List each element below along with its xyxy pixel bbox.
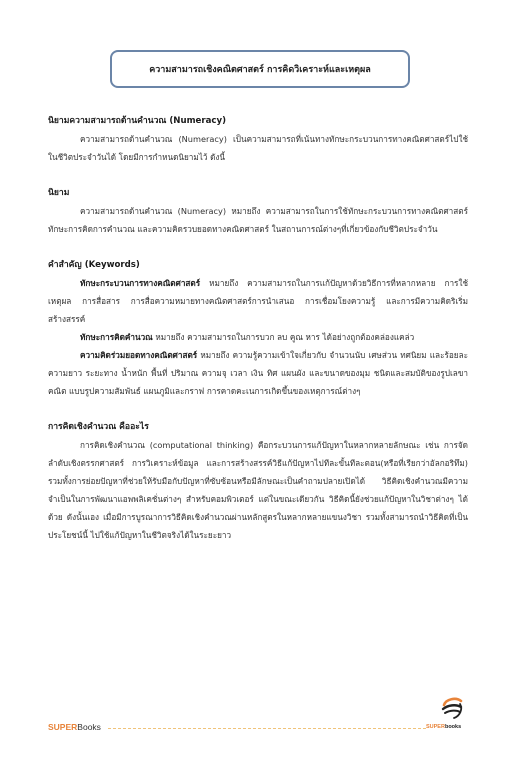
keyword-definition: หมายถึง ความสามารถในการบวก ลบ คูณ หาร ได… [153, 332, 414, 342]
logo-text: SUPERbooks [426, 724, 461, 730]
keyword-entry: ความคิดร่วมยอดทางคณิตศาสตร์ หมายถึง ความ… [48, 346, 468, 400]
superbooks-logo-icon [440, 696, 464, 720]
keyword-term: ทักษะกระบวนการทางคณิตศาสตร์ [80, 278, 200, 288]
page-title: ความสามารถเชิงคณิตศาสตร์ การคิดวิเคราะห์… [149, 62, 371, 76]
document-page: ความสามารถเชิงคณิตศาสตร์ การคิดวิเคราะห์… [0, 0, 518, 762]
keyword-entry: ทักษะการคิดคำนวณ หมายถึง ความสามารถในการ… [48, 328, 468, 346]
section-heading-keywords: คำสำคัญ (Keywords) [48, 256, 468, 274]
section-heading-definition: นิยาม [48, 184, 468, 202]
keyword-term: ทักษะการคิดคำนวณ [80, 332, 153, 342]
superbooks-logo: SUPERbooks [426, 696, 476, 740]
paragraph: ความสามารถด้านคำนวณ (Numeracy) เป็นความส… [48, 130, 468, 166]
logo-text-super: SUPER [426, 724, 445, 730]
paragraph: การคิดเชิงคำนวณ (computational thinking)… [48, 436, 468, 544]
section-heading-computational-thinking: การคิดเชิงคำนวณ คืออะไร [48, 418, 468, 436]
document-body: นิยามความสามารถด้านคำนวณ (Numeracy) ความ… [48, 112, 468, 544]
keyword-term: ความคิดร่วมยอดทางคณิตศาสตร์ [80, 350, 197, 360]
footer-brand-books: Books [77, 722, 101, 732]
title-box: ความสามารถเชิงคณิตศาสตร์ การคิดวิเคราะห์… [110, 50, 410, 88]
footer-brand: SUPERBooks [48, 722, 101, 732]
footer-brand-super: SUPER [48, 722, 77, 732]
logo-text-books: books [445, 724, 461, 730]
page-footer: SUPERBooks SUPERbooks [48, 718, 478, 748]
section-heading-numeracy-definition: นิยามความสามารถด้านคำนวณ (Numeracy) [48, 112, 468, 130]
footer-divider [108, 728, 426, 729]
keyword-entry: ทักษะกระบวนการทางคณิตศาสตร์ หมายถึง ความ… [48, 274, 468, 328]
paragraph: ความสามารถด้านคำนวณ (Numeracy) หมายถึง ค… [48, 202, 468, 238]
